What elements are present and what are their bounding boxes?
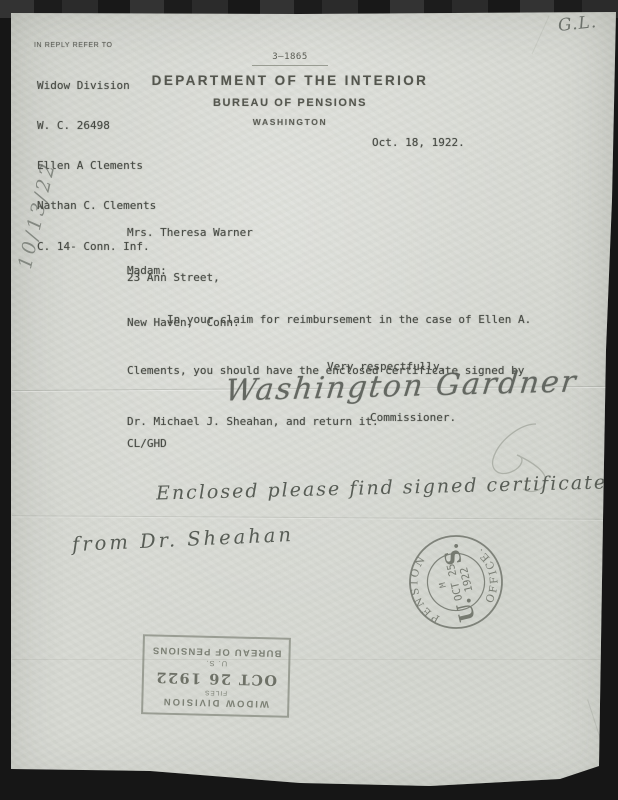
letter-page: G.L. 10/13/22 IN REPLY REFER TO Widow Di…: [0, 0, 618, 800]
department-title: DEPARTMENT OF THE INTERIOR: [130, 73, 450, 88]
form-number-rule: [252, 65, 328, 66]
form-number: 3—1865: [130, 52, 450, 62]
salutation: Madam:: [127, 264, 167, 277]
pension-office-round-stamp: PENSION OFFICE. U. S. M OCT 25 1922: [408, 534, 504, 630]
body-line: In your claim for reimbursement in the c…: [127, 313, 531, 338]
corner-crease: [532, 16, 550, 55]
reference-line: Ellen A Clements: [37, 159, 156, 172]
letterhead: 3—1865 DEPARTMENT OF THE INTERIOR BUREAU…: [130, 52, 450, 127]
recipient-line: Mrs. Theresa Warner: [127, 225, 253, 240]
svg-text:PENSION: PENSION: [408, 551, 444, 629]
bureau-filing-stamp: WIDOW DIVISION FILES OCT 26 1922 U. S. B…: [141, 634, 291, 718]
document-scan: G.L. 10/13/22 IN REPLY REFER TO Widow Di…: [0, 0, 618, 800]
filing-stamp-date: OCT 26 1922: [144, 668, 288, 689]
signer-title: Commissioner.: [370, 411, 456, 424]
filing-stamp-division: WIDOW DIVISION: [143, 695, 287, 710]
corner-crease: [587, 699, 608, 760]
filing-stamp-bureau: BUREAU OF PENSIONS: [144, 644, 288, 659]
fold-crease: [12, 515, 604, 520]
typist-initials: CL/GHD: [127, 437, 167, 450]
fold-crease: [12, 659, 602, 660]
city-line: WASHINGTON: [130, 117, 450, 127]
handwritten-note-line2: from Dr. Sheahan: [72, 523, 295, 556]
bureau-title: BUREAU OF PENSIONS: [130, 97, 450, 109]
stamp-arc-text-pension: PENSION: [408, 551, 444, 629]
date-line: Oct. 18, 1922.: [372, 136, 465, 149]
pencil-scribble: [460, 405, 580, 515]
in-reply-label: IN REPLY REFER TO: [34, 42, 113, 49]
stamp-division-letter: M: [438, 581, 449, 588]
pencil-initials: G.L.: [557, 12, 598, 36]
